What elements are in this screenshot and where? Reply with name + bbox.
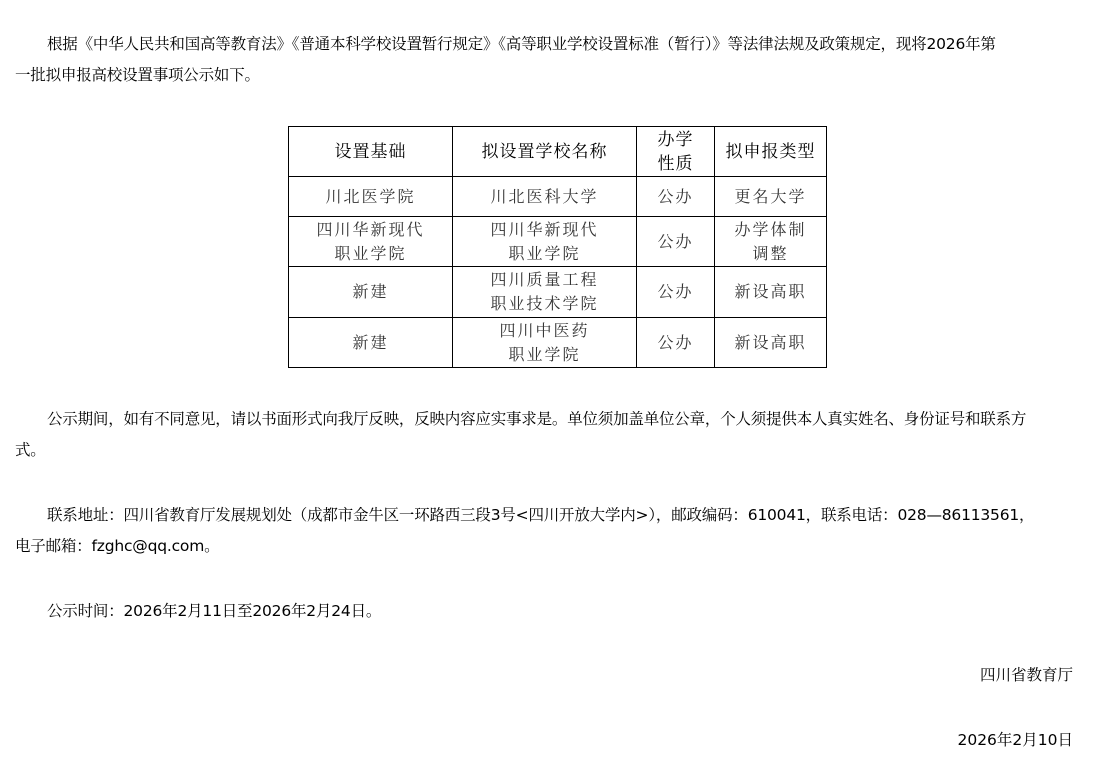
feedback-line-1: 公示期间，如有不同意见，请以书面形式向我厅反映，反映内容应实事求是。单位须加盖单… xyxy=(15,404,1077,435)
cell-text: 职业学院 xyxy=(453,242,636,266)
signature-date: 2026年2月10日 xyxy=(957,728,1073,752)
period-text: 公示时间：2026年2月11日至2026年2月24日。 xyxy=(15,596,1077,627)
cell-nature: 公办 xyxy=(637,217,715,267)
cell-text: 四川质量工程 xyxy=(453,268,636,292)
cell-text: 川北医学院 xyxy=(289,185,452,209)
cell-text: 新建 xyxy=(289,331,452,355)
cell-nature: 公办 xyxy=(637,267,715,318)
cell-text: 职业技术学院 xyxy=(453,292,636,316)
header-type: 拟申报类型 xyxy=(715,127,827,177)
contact-paragraph: 联系地址：四川省教育厅发展规划处（成都市金牛区一环路西三段3号<四川开放大学内>… xyxy=(15,500,1077,562)
cell-school-name: 四川质量工程 职业技术学院 xyxy=(453,267,637,318)
contact-line-2: 电子邮箱：fzghc@qq.com。 xyxy=(15,531,1077,562)
cell-text: 新建 xyxy=(289,280,452,304)
cell-basis: 新建 xyxy=(289,267,453,318)
table-row: 四川华新现代 职业学院 四川华新现代 职业学院 公办 办学体制 调整 xyxy=(289,217,827,267)
cell-school-name: 川北医科大学 xyxy=(453,177,637,217)
table-row: 新建 四川质量工程 职业技术学院 公办 新设高职 xyxy=(289,267,827,318)
cell-text: 新设高职 xyxy=(715,331,826,355)
cell-text: 职业学院 xyxy=(289,242,452,266)
cell-text: 职业学院 xyxy=(453,343,636,367)
cell-text: 四川华新现代 xyxy=(453,218,636,242)
table-row: 新建 四川中医药 职业学院 公办 新设高职 xyxy=(289,318,827,368)
cell-basis: 新建 xyxy=(289,318,453,368)
cell-nature: 公办 xyxy=(637,177,715,217)
header-nature: 办学 性质 xyxy=(637,127,715,177)
contact-line-1: 联系地址：四川省教育厅发展规划处（成都市金牛区一环路西三段3号<四川开放大学内>… xyxy=(15,500,1077,531)
cell-text: 新设高职 xyxy=(715,280,826,304)
cell-text: 四川华新现代 xyxy=(289,218,452,242)
intro-line-2: 一批拟申报高校设置事项公示如下。 xyxy=(15,60,1077,91)
header-nature-line-2: 性质 xyxy=(637,152,714,176)
period-paragraph: 公示时间：2026年2月11日至2026年2月24日。 xyxy=(15,596,1077,627)
cell-school-name: 四川中医药 职业学院 xyxy=(453,318,637,368)
intro-line-1: 根据《中华人民共和国高等教育法》《普通本科学校设置暂行规定》《高等职业学校设置标… xyxy=(15,29,1077,60)
table-header-row: 设置基础 拟设置学校名称 办学 性质 拟申报类型 xyxy=(289,127,827,177)
signature-organization: 四川省教育厅 xyxy=(980,663,1073,687)
feedback-paragraph: 公示期间，如有不同意见，请以书面形式向我厅反映，反映内容应实事求是。单位须加盖单… xyxy=(15,404,1077,466)
header-nature-line-1: 办学 xyxy=(637,128,714,152)
university-plan-table: 设置基础 拟设置学校名称 办学 性质 拟申报类型 川北医学院 川北医科大学 公办… xyxy=(288,126,827,368)
cell-text: 办学体制 xyxy=(715,218,826,242)
header-school-name: 拟设置学校名称 xyxy=(453,127,637,177)
cell-basis: 川北医学院 xyxy=(289,177,453,217)
cell-nature: 公办 xyxy=(637,318,715,368)
table-row: 川北医学院 川北医科大学 公办 更名大学 xyxy=(289,177,827,217)
cell-type: 办学体制 调整 xyxy=(715,217,827,267)
intro-paragraph: 根据《中华人民共和国高等教育法》《普通本科学校设置暂行规定》《高等职业学校设置标… xyxy=(15,29,1077,91)
cell-type: 更名大学 xyxy=(715,177,827,217)
cell-school-name: 四川华新现代 职业学院 xyxy=(453,217,637,267)
cell-type: 新设高职 xyxy=(715,318,827,368)
cell-type: 新设高职 xyxy=(715,267,827,318)
cell-text: 四川中医药 xyxy=(453,319,636,343)
cell-text: 更名大学 xyxy=(715,185,826,209)
header-basis: 设置基础 xyxy=(289,127,453,177)
feedback-line-2: 式。 xyxy=(15,435,1077,466)
cell-basis: 四川华新现代 职业学院 xyxy=(289,217,453,267)
cell-text: 调整 xyxy=(715,242,826,266)
cell-text: 川北医科大学 xyxy=(453,185,636,209)
